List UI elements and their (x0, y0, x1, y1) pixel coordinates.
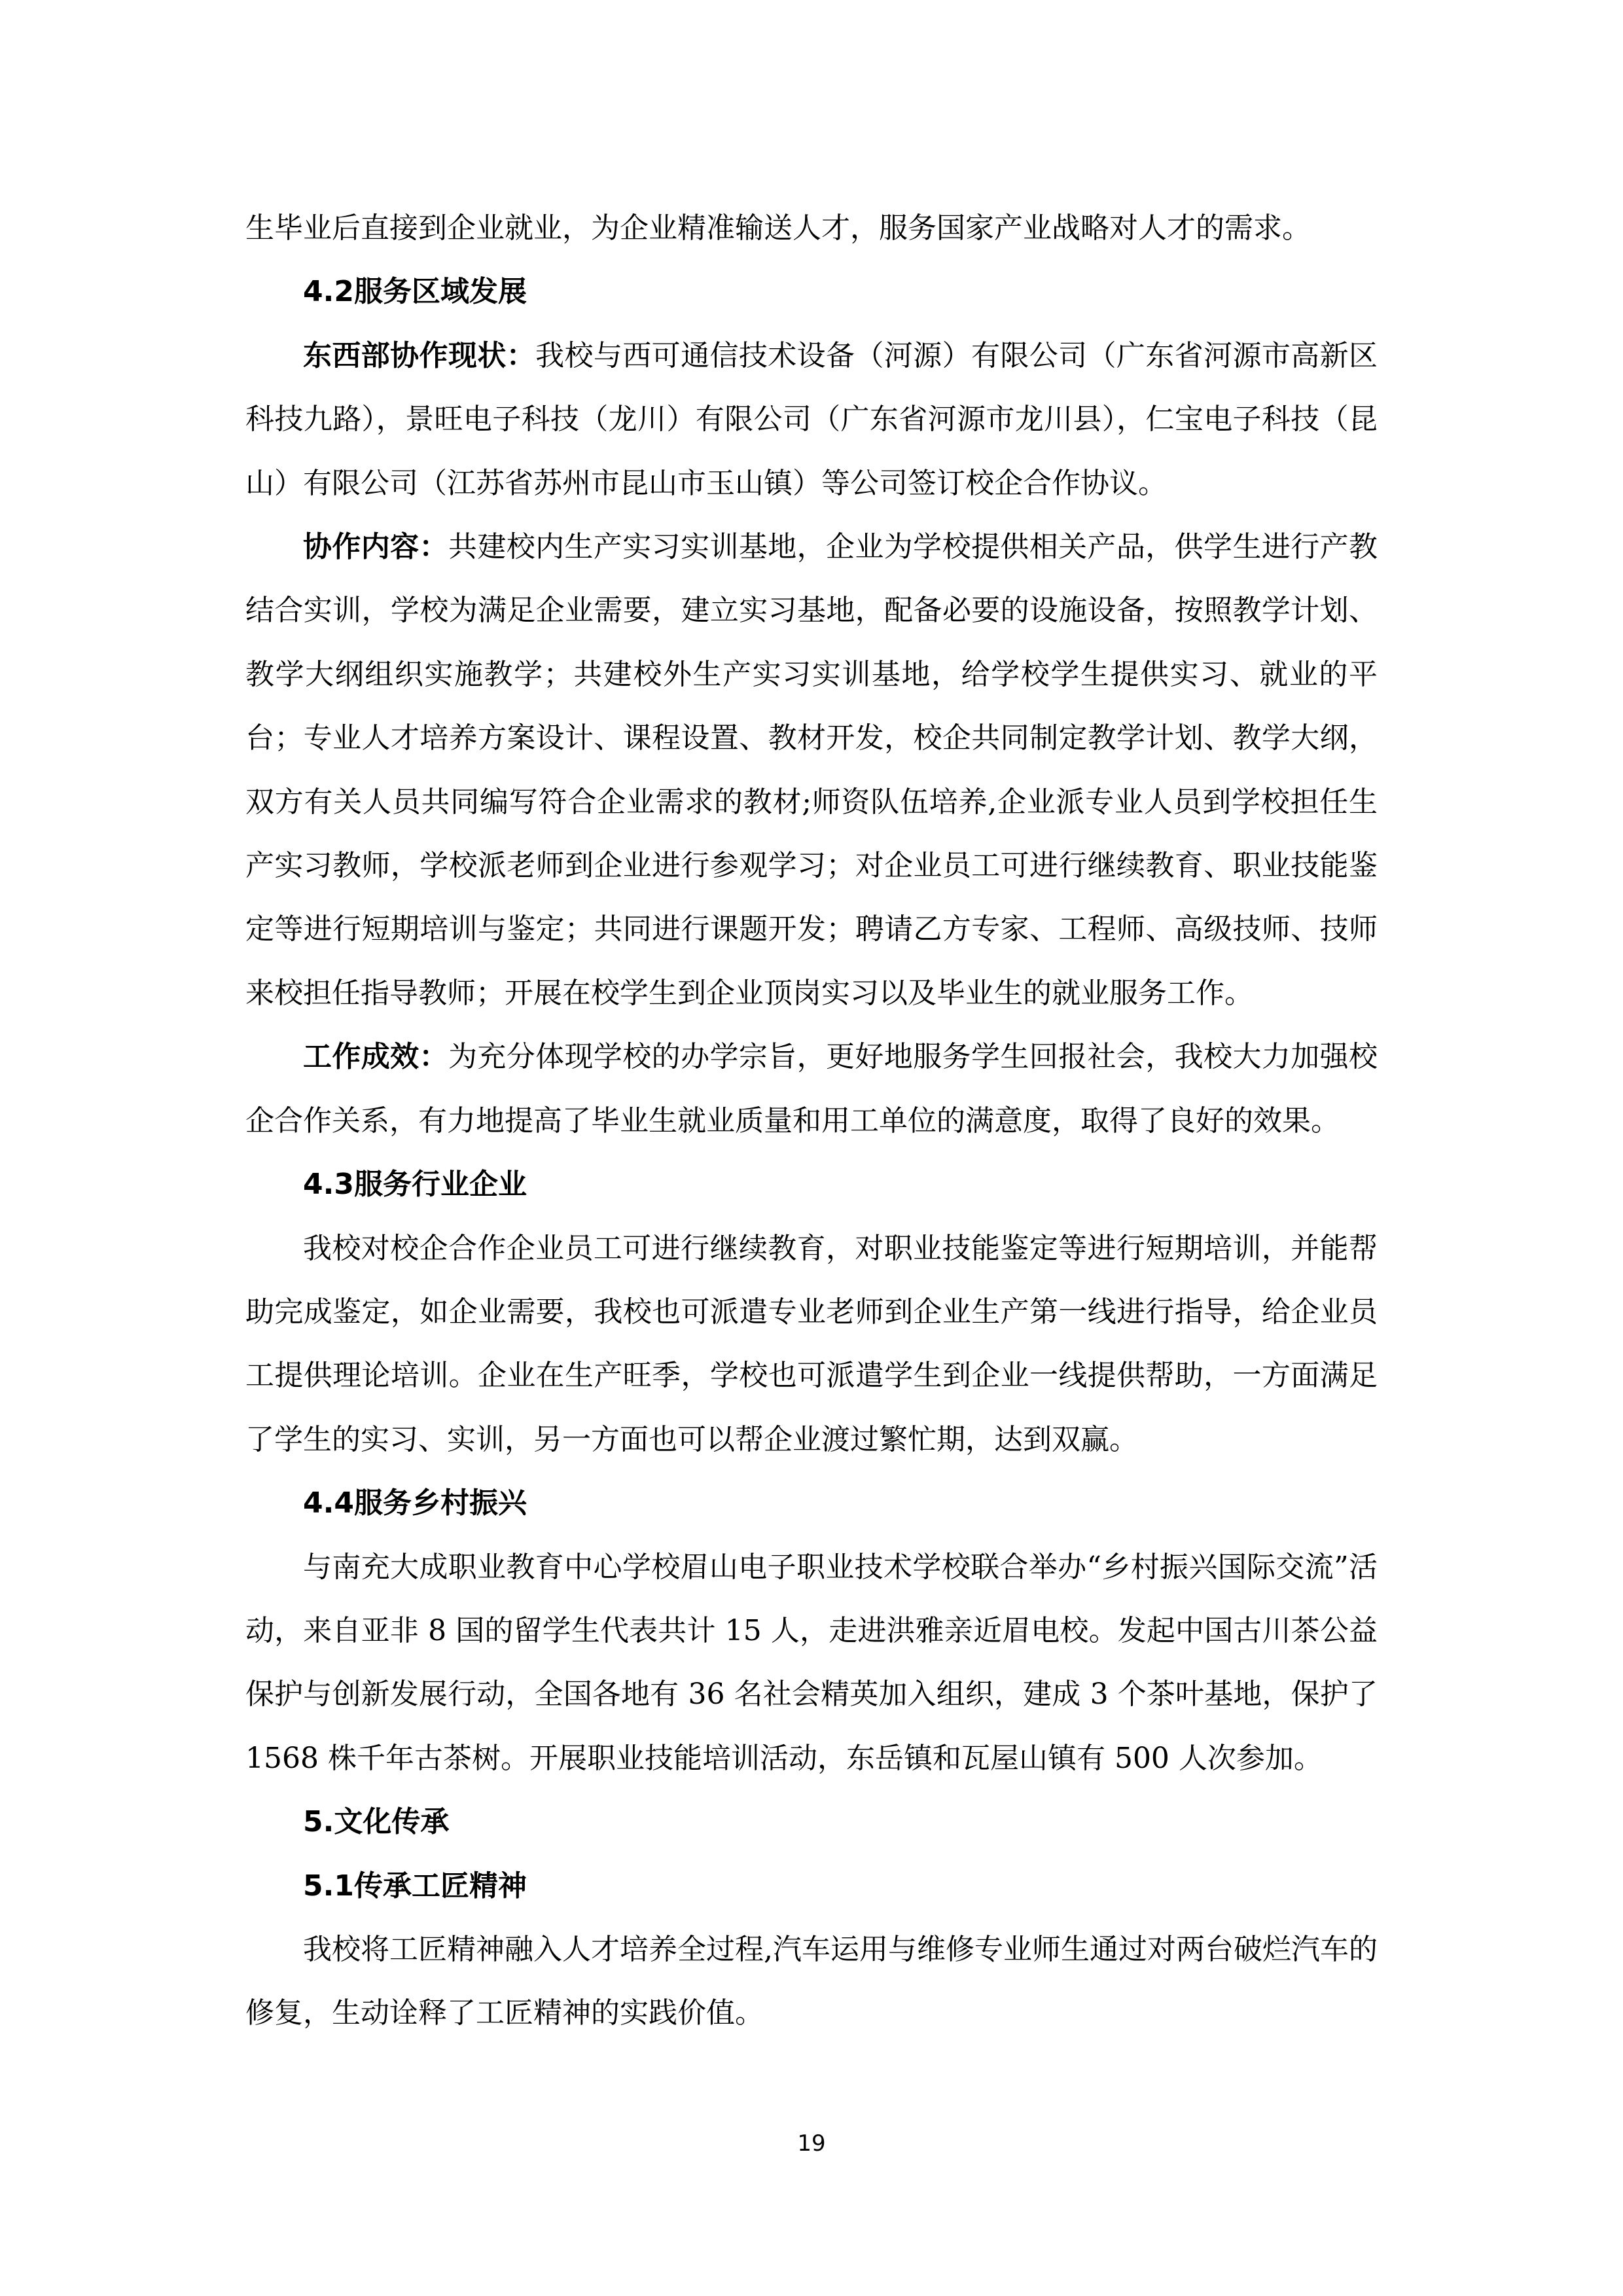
section-heading: 5.1传承工匠精神 (245, 1854, 1378, 1918)
paragraph: 我校将工匠精神融入人才培养全过程,汽车运用与维修专业师生通过对两台破烂汽车的修复… (245, 1918, 1378, 2045)
section-heading: 4.2服务区域发展 (245, 260, 1378, 323)
text-run: 共建校内生产实习实训基地，企业为学校提供相关产品，供学生进行产教结合实训，学校为… (245, 530, 1378, 1010)
section-heading: 4.4服务乡村振兴 (245, 1471, 1378, 1535)
bold-lead: 工作成效： (303, 1040, 448, 1073)
document-body: 生毕业后直接到企业就业，为企业精准输送人才，服务国家产业战略对人才的需求。4.2… (245, 196, 1378, 2045)
text-run: 与南充大成职业教育中心学校眉山电子职业技术学校联合举办“乡村振兴国际交流”活动，… (245, 1551, 1378, 1775)
bold-lead: 协作内容： (303, 530, 448, 564)
text-run: 我校将工匠精神融入人才培养全过程,汽车运用与维修专业师生通过对两台破烂汽车的修复… (245, 1933, 1378, 2030)
section-heading: 5.文化传承 (245, 1790, 1378, 1854)
bold-lead: 东西部协作现状： (303, 339, 535, 372)
paragraph: 生毕业后直接到企业就业，为企业精准输送人才，服务国家产业战略对人才的需求。 (245, 196, 1378, 260)
bold-lead: 5.1传承工匠精神 (303, 1869, 527, 1903)
bold-lead: 4.2服务区域发展 (303, 275, 527, 308)
paragraph: 我校对校企合作企业员工可进行继续教育，对职业技能鉴定等进行短期培训，并能帮助完成… (245, 1217, 1378, 1472)
section-heading: 4.3服务行业企业 (245, 1153, 1378, 1216)
page-number: 19 (0, 2130, 1623, 2157)
paragraph: 与南充大成职业教育中心学校眉山电子职业技术学校联合举办“乡村振兴国际交流”活动，… (245, 1535, 1378, 1791)
text-run: 我校对校企合作企业员工可进行继续教育，对职业技能鉴定等进行短期培训，并能帮助完成… (245, 1232, 1378, 1456)
paragraph: 工作成效：为充分体现学校的办学宗旨，更好地服务学生回报社会，我校大力加强校企合作… (245, 1025, 1378, 1153)
bold-lead: 5.文化传承 (303, 1805, 449, 1839)
bold-lead: 4.4服务乡村振兴 (303, 1486, 527, 1520)
bold-lead: 4.3服务行业企业 (303, 1168, 527, 1201)
paragraph: 东西部协作现状：我校与西可通信技术设备（河源）有限公司（广东省河源市高新区科技九… (245, 324, 1378, 515)
document-page: 生毕业后直接到企业就业，为企业精准输送人才，服务国家产业战略对人才的需求。4.2… (0, 0, 1623, 2296)
text-run: 生毕业后直接到企业就业，为企业精准输送人才，服务国家产业战略对人才的需求。 (245, 211, 1311, 245)
paragraph: 协作内容：共建校内生产实习实训基地，企业为学校提供相关产品，供学生进行产教结合实… (245, 515, 1378, 1025)
